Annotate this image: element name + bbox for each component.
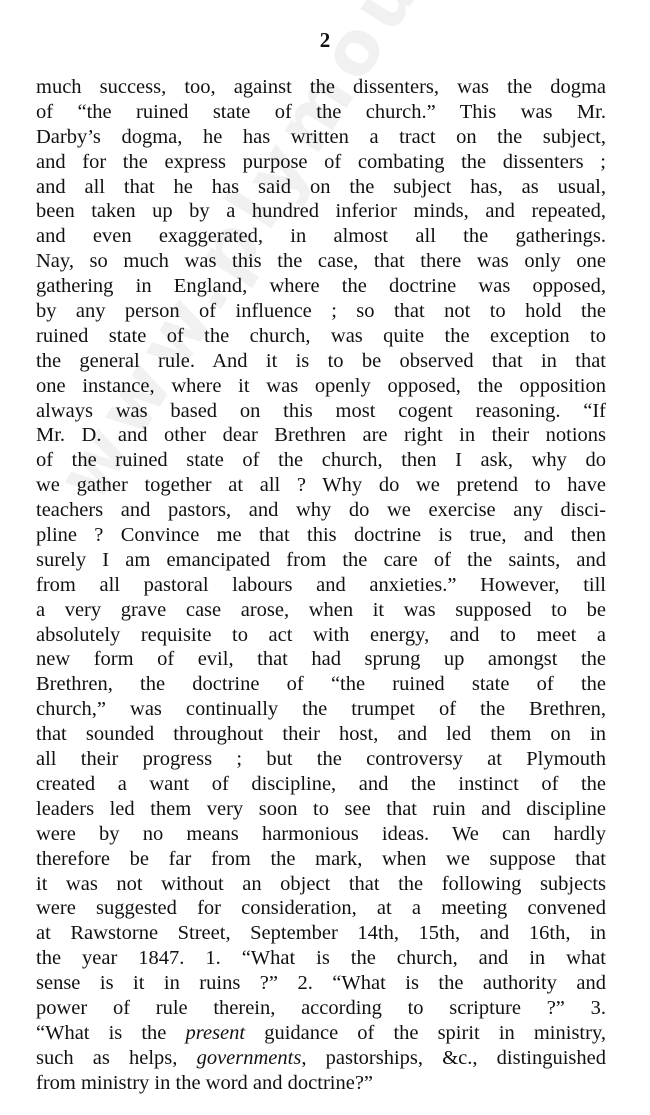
text-line: pline ? Convince me that this doctrine i… xyxy=(36,523,606,548)
text-line: church,” was continually the trumpet of … xyxy=(36,697,606,722)
text-line: Darby’s dogma, he has written a tract on… xyxy=(36,125,606,150)
italic-emphasis: present xyxy=(186,1022,246,1044)
body-text: much success, too, against the dissenter… xyxy=(36,75,606,1096)
text-line: new form of evil, that had sprung up amo… xyxy=(36,647,606,672)
text-line: it was not without an object that the fo… xyxy=(36,872,606,897)
text-line: much success, too, against the dissenter… xyxy=(36,75,606,100)
text-line: absolutely requisite to act with energy,… xyxy=(36,623,606,648)
text-line: all their progress ; but the controversy… xyxy=(36,747,606,772)
text-line: the general rule. And it is to be observ… xyxy=(36,349,606,374)
text-line: and all that he has said on the subject … xyxy=(36,175,606,200)
text-line: we gather together at all ? Why do we pr… xyxy=(36,473,606,498)
text-line: of “the ruined state of the church.” Thi… xyxy=(36,100,606,125)
text-line: power of rule therein, according to scri… xyxy=(36,996,606,1021)
text-line: from all pastoral labours and anxieties.… xyxy=(36,573,606,598)
italic-emphasis: governments xyxy=(197,1047,302,1069)
text-line: of the ruined state of the church, then … xyxy=(36,448,606,473)
text-line: sense is it in ruins ?” 2. “What is the … xyxy=(36,971,606,996)
text-line: always was based on this most cogent rea… xyxy=(36,399,606,424)
text-line: a very grave case arose, when it was sup… xyxy=(36,598,606,623)
text-line: “What is the present guidance of the spi… xyxy=(36,1021,606,1046)
text-line: that sounded throughout their host, and … xyxy=(36,722,606,747)
text-line: ruined state of the church, was quite th… xyxy=(36,324,606,349)
text-line: teachers and pastors, and why do we exer… xyxy=(36,498,606,523)
text-line: from ministry in the word and doctrine?” xyxy=(36,1071,606,1096)
text-line: the year 1847. 1. “What is the church, a… xyxy=(36,946,606,971)
text-line: Brethren, the doctrine of “the ruined st… xyxy=(36,672,606,697)
text-line: and for the express purpose of combating… xyxy=(36,150,606,175)
text-line: therefore be far from the mark, when we … xyxy=(36,847,606,872)
page-number: 2 xyxy=(0,28,650,53)
text-line: by any person of influence ; so that not… xyxy=(36,299,606,324)
text-line: such as helps, governments, pastorships,… xyxy=(36,1046,606,1071)
text-line: created a want of discipline, and the in… xyxy=(36,772,606,797)
text-line: were suggested for consideration, at a m… xyxy=(36,896,606,921)
text-line: surely I am emancipated from the care of… xyxy=(36,548,606,573)
text-line: were by no means harmonious ideas. We ca… xyxy=(36,822,606,847)
text-line: leaders led them very soon to see that r… xyxy=(36,797,606,822)
text-line: gathering in England, where the doctrine… xyxy=(36,274,606,299)
text-line: Nay, so much was this the case, that the… xyxy=(36,249,606,274)
text-line: Mr. D. and other dear Brethren are right… xyxy=(36,423,606,448)
text-line: been taken up by a hundred inferior mind… xyxy=(36,199,606,224)
text-line: at Rawstorne Street, September 14th, 15t… xyxy=(36,921,606,946)
text-line: one instance, where it was openly oppose… xyxy=(36,374,606,399)
text-line: and even exaggerated, in almost all the … xyxy=(36,224,606,249)
